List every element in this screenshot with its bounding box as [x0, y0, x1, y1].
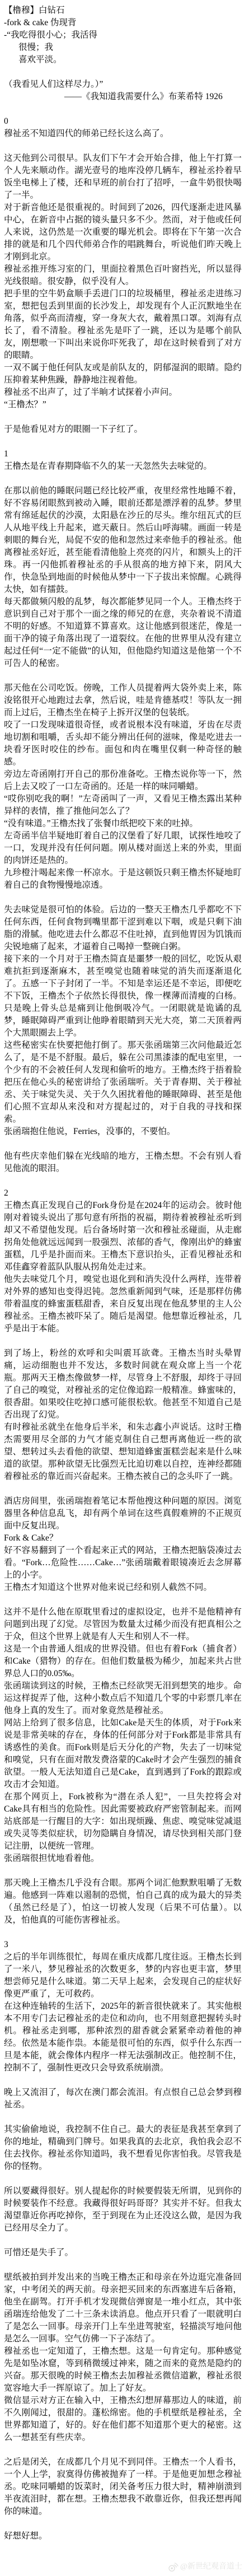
- watermark: @新世纪观音道士: [167, 2561, 242, 2573]
- quote-line: 很慢；我: [4, 41, 242, 54]
- paragraph: 张函瑞很担忧地看着他。: [4, 1852, 242, 1865]
- paragraph: 那天他在公司吃饭。傍晚，工作人员提着两大袋外卖上来，陈浚铭很开心地跑过去拿，然后…: [4, 682, 242, 719]
- paragraph: 旁边左奇函刚打开自己的那份准备吃。王橹杰说你等一下，然后上去又咬了一口左奇函的。…: [4, 768, 242, 793]
- blank-line: [4, 1926, 242, 1939]
- paragraph: 他失去味觉几个月，嗅觉也退化到和消失没什么两样，连带着对外界的感知也变得迟钝。忽…: [4, 1273, 242, 1335]
- paragraph: 晚上又流泪了，每次在澳门都会流泪。有点恨自己总会梦到穆祉丞。: [4, 2087, 242, 2111]
- quote-line: 喜欢平淡。: [4, 54, 242, 66]
- document-body: 【橹穆】白钻石-fork & cake 伪现背-“我吃得很小心；我活得很慢；我喜…: [0, 0, 245, 2576]
- paragraph: 王橹杰才知道这个世界对他来说已经和别人截然不同。: [4, 1581, 242, 1594]
- blank-line: [4, 1335, 242, 1347]
- paragraph: 王橹杰真正发现自己的Fork身份是在2024年的运动会。彼时他刚对着镜头说出了那…: [4, 1200, 242, 1273]
- blank-line: [4, 1865, 242, 1877]
- paragraph: 张函瑞抱住他说，Ferries，没事的，不要怕。: [4, 1126, 242, 1138]
- weibo-eye-icon: [167, 2562, 178, 2572]
- blank-line: [4, 670, 242, 682]
- blank-line: [4, 140, 242, 152]
- blank-line: [4, 2444, 242, 2456]
- blank-line: [4, 2234, 242, 2247]
- blank-line: [4, 2259, 242, 2271]
- paragraph: “哎你别吃我的啊！”左奇函叫了一声，又看见王橹杰露出某种异样的表情，推了推他问怎…: [4, 793, 242, 818]
- paragraph: 那天晚上王橹杰几乎没有合眼。那两个词汇他默默咀嚼了无数遍。他感到一阵难以遏制的恐…: [4, 1877, 242, 1926]
- paragraph: 王橹杰是在青春期降临不久的某一天忽然失去味觉的。: [4, 460, 242, 473]
- blank-line: [4, 411, 242, 423]
- section-number: 1: [4, 448, 242, 460]
- paragraph: 穆祉丞也一定知道了，王橹杰想。这是一句肯定句。那种感觉先是如坠冰窟，等到稍微缓过…: [4, 2345, 242, 2395]
- paragraph: 这并不是什么他在原耽里看过的虚拟设定，也并不是他精神有问题到出现了幻觉。尽管因为…: [4, 1606, 242, 1643]
- paragraph: 之后的半年训练很忙，每周在重庆成都几度往返。王橹杰长到了一米八，梦见穆祉丞的次数…: [4, 1951, 242, 2000]
- paragraph: 失去味觉是很可怕的体验。后边的一整天王橹杰几乎都吃不下任何东西，任何食物到嘴里都…: [4, 904, 242, 953]
- paragraph: 张函瑞读到这的时候，王橹杰已经欲哭无泪到想笑的地步。命运这样捉弄了他，这种小数点…: [4, 1680, 242, 1717]
- blank-line: [4, 1483, 242, 1495]
- paragraph: 左奇函半信半疑地盯着自己的汉堡看了好几眼，试探性地咬了一口，发现并没有任何问题。…: [4, 830, 242, 867]
- paragraph: 这些秘密实在快要把他打倒了。那天张函瑞第三次问他最近怎么了，是不是不舒服。最后，…: [4, 1039, 242, 1126]
- tag-line: -fork & cake 伪现背: [4, 17, 242, 29]
- blank-line: [4, 66, 242, 78]
- quote-line: -“我吃得很小心；我活得: [4, 29, 242, 41]
- paragraph: 他有些庆幸他们躲在光线暗的地方，王橹杰想。不会有别人看见他流的眼泪。: [4, 1150, 242, 1175]
- section-number: 0: [4, 115, 242, 128]
- paragraph: 微信显示对方正在输入中，王橹杰幻想屏幕那边人的味道，前不久刚闻过，很甜的。蓬松绵…: [4, 2395, 242, 2444]
- paragraph: 接下来的一个月对于王橹杰简直是噩梦一般的回忆，吃饭从艰难抗拒到逐渐麻木，甚至嗅觉…: [4, 953, 242, 1039]
- blank-line: [4, 2111, 242, 2124]
- paragraph: 到了场上，粉丝的欢呼和尖叫震耳欲聋。王橹杰当时头晕胃痛，运动细胞也并不发达，多数…: [4, 1347, 242, 1421]
- paragraph: 一双不属于他任何队友或是前队友的，阴郁湿润的眼睛。隐约压抑着某种焦躁，静静地注视…: [4, 362, 242, 386]
- paragraph: 有时穆祉丞就坐在他身后半米，和朱志鑫小声说话。这时王橹杰需要用尽全部的力气才能克…: [4, 1421, 242, 1483]
- paragraph: 穆祉丞不出声了，过了半晌才试探着小声问。: [4, 386, 242, 399]
- paragraph: 好想好想。: [4, 2530, 242, 2542]
- blank-line: [4, 2074, 242, 2087]
- blank-line: [4, 892, 242, 904]
- paragraph: 在这种连轴转的生活下，2025年的新音很快就来了。其实他根本不用专门去记穆祉丞的…: [4, 2000, 242, 2074]
- paragraph: 把手里的空牛奶盒顺手丢进门口的垃圾桶里，穆祉丞走进练习室，想把包丢到里面的长沙发…: [4, 288, 242, 362]
- paragraph: “王橹杰？”: [4, 399, 242, 411]
- watermark-handle: @新世纪观音道士: [180, 2561, 242, 2573]
- paragraph: 所以要藏得很好。别人提起你的时候要假装无所谓，见到你的时候要装作不经意。我藏得很…: [4, 2185, 242, 2234]
- paragraph: 之后是闭关，在成都几个月见不到同伴。王橹杰一个人看书，一个人上学，寂寞得仿佛被抛…: [4, 2456, 242, 2518]
- paragraph: 穆祉丞推开练习室的门，里面拉着黑色百叶窗挡光，所以显得光线很暗。很安静，似乎没有…: [4, 263, 242, 288]
- blank-line: [4, 1594, 242, 1606]
- paragraph: 每天都做频闪般的乱梦，每次都能梦见同一个人。王橹杰终于意识到自己对于那个一面之缘…: [4, 596, 242, 670]
- paragraph: 其实偷偷地说，我控制不住自己。最大的表征是我甚至拿到了你的地址，精确到门牌号。如…: [4, 2124, 242, 2173]
- paragraph: 这天他到公司很早。队友们下午才会开始合排，他上午打算一个人先来顺动作。湖光壹号的…: [4, 152, 242, 202]
- paragraph: 好不容易翻到了一个看起来正式的网站，王橹杰把脑袋凑过去看。“Fork…危险性………: [4, 1544, 242, 1581]
- paragraph: Fork & Cake？: [4, 1532, 242, 1544]
- paragraph: 在那以前他的睡眠问题已经比较严重，夜里经常性地睡不着，好不容易闭眼熬到被动入睡，…: [4, 485, 242, 596]
- paragraph: 九珍橙汁喝起来像一杯凉水。于是这顿饭只剩王橹杰怀疑地盯着自己的食物慢慢地凉透。: [4, 867, 242, 892]
- paragraph: 于是他看见对方的眼圈一下子红了。: [4, 423, 242, 436]
- blank-line: [4, 2518, 242, 2530]
- attribution: ——《我知道我需要什么》布莱希特 1926: [4, 91, 242, 103]
- paragraph: “没有味道。”王橹杰找了张餐巾纸把咬下来的吐掉。: [4, 818, 242, 830]
- section-number: 2: [4, 1187, 242, 1200]
- blank-line: [4, 1175, 242, 1187]
- paragraph: 网站上给到了很多信息，比如Cake是天生的体质，对于Fork来说是非常美味的存在…: [4, 1717, 242, 1791]
- paragraph: 咬了一口发现味道很奇怪，或者说根本没有味道，牙齿在尽责地切割和咀嚼，舌头却不能分…: [4, 719, 242, 768]
- paragraph: 可惜还是失手了。: [4, 2247, 242, 2259]
- paragraph: 在那个网页上，Fork被称为“潜在杀人犯”，一旦失控将会对Cake具有相当的危险…: [4, 1791, 242, 1852]
- blank-line: [4, 473, 242, 485]
- paragraph: 这是一个由普通人组成的世界没错。但也有着Fork（捕食者）和Cake（猎物）的存…: [4, 1643, 242, 1680]
- blank-line: [4, 1138, 242, 1150]
- paragraph: 对于新音他还是很重视的。时间到了2026，四代逐渐走进风暴中心，在新音中占据的镜…: [4, 202, 242, 263]
- paragraph: 壁纸被拍到并发出来的当晚王橹杰正和母亲在外边逛完准备回家，中考闭关的两天前。母亲…: [4, 2271, 242, 2345]
- blank-line: [4, 436, 242, 448]
- blank-line: [4, 103, 242, 115]
- page-title: 【橹穆】白钻石: [4, 4, 242, 17]
- blank-line: [4, 2173, 242, 2185]
- paragraph: 酒店房间里，张函瑞抱着笔记本帮他搜这种问题的原因。浏览器里各种信息乱飞，却有两个…: [4, 1495, 242, 1532]
- paragraph: 穆祉丞不知道四代的师弟已经长这么高了。: [4, 128, 242, 140]
- quote-line: （我看见人们这样尽力。）”: [4, 78, 242, 91]
- section-number: 3: [4, 1939, 242, 1951]
